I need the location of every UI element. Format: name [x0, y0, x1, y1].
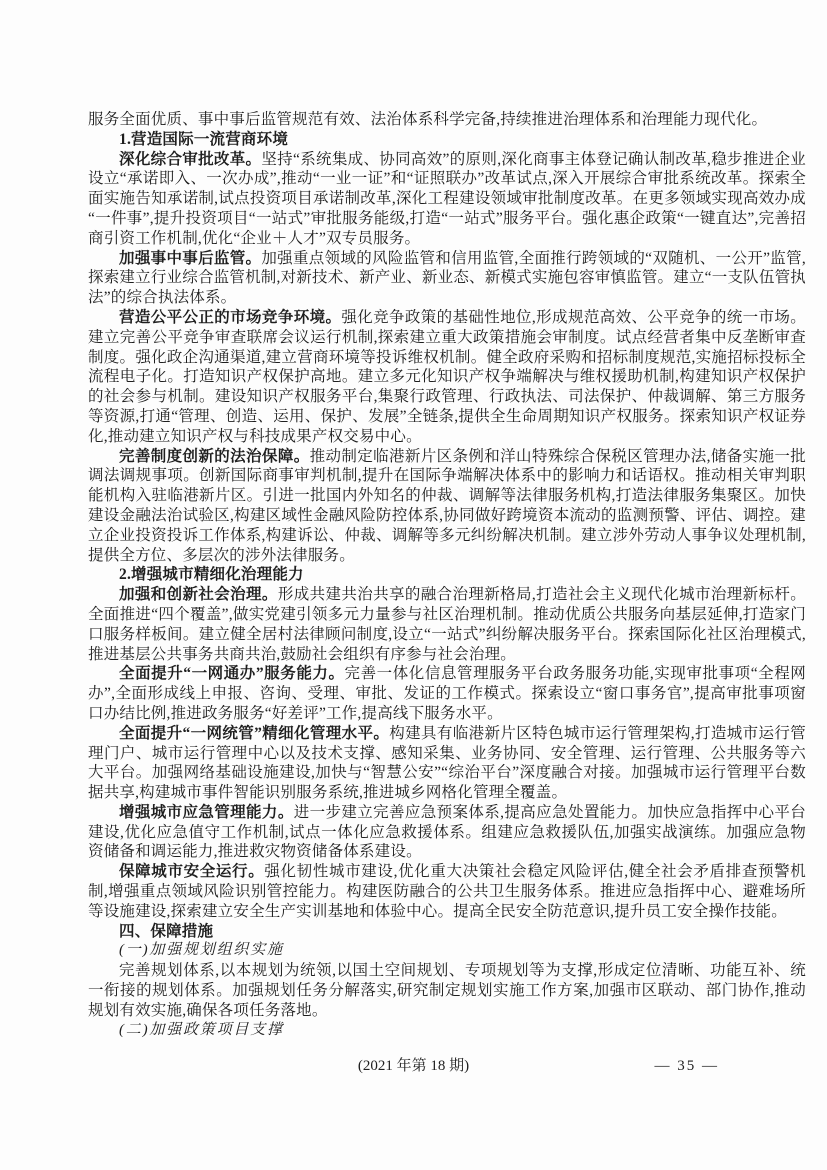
paragraph-online-service: 全面提升“一网通办”服务能力。完善一体化信息管理服务平台政务服务功能,实现审批事…: [88, 664, 806, 723]
paragraph-lead: 全面提升“一网通办”服务能力。: [119, 665, 345, 682]
paragraph-supervision: 加强事中事后监管。加强重点领域的风险监管和信用监管,全面推行跨领域的“双随机、一…: [88, 249, 806, 308]
paragraph-lead: 深化综合审批改革。: [119, 151, 261, 168]
paragraph-city-safety: 保障城市安全运行。强化韧性城市建设,优化重大决策社会稳定风险评估,健全社会矛盾排…: [88, 862, 806, 921]
subsection-heading-policy-support: (二)加强政策项目支撑: [88, 1021, 806, 1041]
footer-page-number: — 35 —: [655, 1056, 720, 1076]
heading-text: 2.增强城市精细化治理能力: [119, 566, 304, 583]
paragraph-planning-system: 完善规划体系,以本规划为统领,以国土空间规划、专项规划等为支撑,形成定位清晰、功…: [88, 961, 806, 1020]
paragraph-approval-reform: 深化综合审批改革。坚持“系统集成、协同高效”的原则,深化商事主体登记确认制改革,…: [88, 150, 806, 249]
page-footer: (2021 年第 18 期) — 35 —: [0, 1056, 827, 1078]
paragraph-lead: 完善制度创新的法治保障。: [119, 448, 310, 465]
heading-text: (二)加强政策项目支撑: [119, 1022, 284, 1038]
document-page: 服务全面优质、事中事后监管规范有效、法治体系科学完备,持续推进治理体系和治理能力…: [0, 0, 827, 1170]
paragraph-text: 强化竞争政策的基础性地位,形成规范高效、公平竞争的统一市场。建立完善公平竞争审查…: [88, 309, 806, 445]
paragraph-lead: 加强和创新社会治理。: [119, 586, 278, 603]
heading-text: 四、保障措施: [119, 923, 213, 940]
paragraph-lead: 营造公平公正的市场竞争环境。: [119, 309, 341, 326]
subsection-heading-planning-implementation: (一)加强规划组织实施: [88, 941, 806, 961]
paragraph-text: 服务全面优质、事中事后监管规范有效、法治体系科学完备,持续推进治理体系和治理能力…: [88, 111, 767, 128]
paragraph-fair-competition: 营造公平公正的市场竞争环境。强化竞争政策的基础性地位,形成规范高效、公平竞争的统…: [88, 308, 806, 447]
paragraph-legal-guarantee: 完善制度创新的法治保障。推动制定临港新片区条例和洋山特殊综合保税区管理办法,储备…: [88, 447, 806, 566]
paragraph-lead: 增强城市应急管理能力。: [119, 804, 294, 821]
heading-text: 1.营造国际一流营商环境: [119, 131, 288, 148]
paragraph-lead: 全面提升“一网统管”精细化管理水平。: [119, 725, 389, 742]
document-body: 服务全面优质、事中事后监管规范有效、法治体系科学完备,持续推进治理体系和治理能力…: [88, 110, 806, 1040]
section-heading-business-environment: 1.营造国际一流营商环境: [88, 130, 806, 150]
section-heading-safeguard-measures: 四、保障措施: [88, 922, 806, 942]
paragraph-social-governance: 加强和创新社会治理。形成共建共治共享的融合治理新格局,打造社会主义现代化城市治理…: [88, 585, 806, 664]
paragraph-continuation: 服务全面优质、事中事后监管规范有效、法治体系科学完备,持续推进治理体系和治理能力…: [88, 110, 806, 130]
paragraph-text: 完善规划体系,以本规划为统领,以国土空间规划、专项规划等为支撑,形成定位清晰、功…: [88, 962, 806, 1019]
paragraph-lead: 保障城市安全运行。: [119, 863, 264, 880]
heading-text: (一)加强规划组织实施: [119, 942, 284, 958]
section-heading-city-governance: 2.增强城市精细化治理能力: [88, 565, 806, 585]
paragraph-unified-management: 全面提升“一网统管”精细化管理水平。构建具有临港新片区特色城市运行管理架构,打造…: [88, 724, 806, 803]
paragraph-lead: 加强事中事后监管。: [119, 250, 261, 267]
paragraph-emergency-management: 增强城市应急管理能力。进一步建立完善应急预案体系,提高应急处置能力。加快应急指挥…: [88, 803, 806, 862]
